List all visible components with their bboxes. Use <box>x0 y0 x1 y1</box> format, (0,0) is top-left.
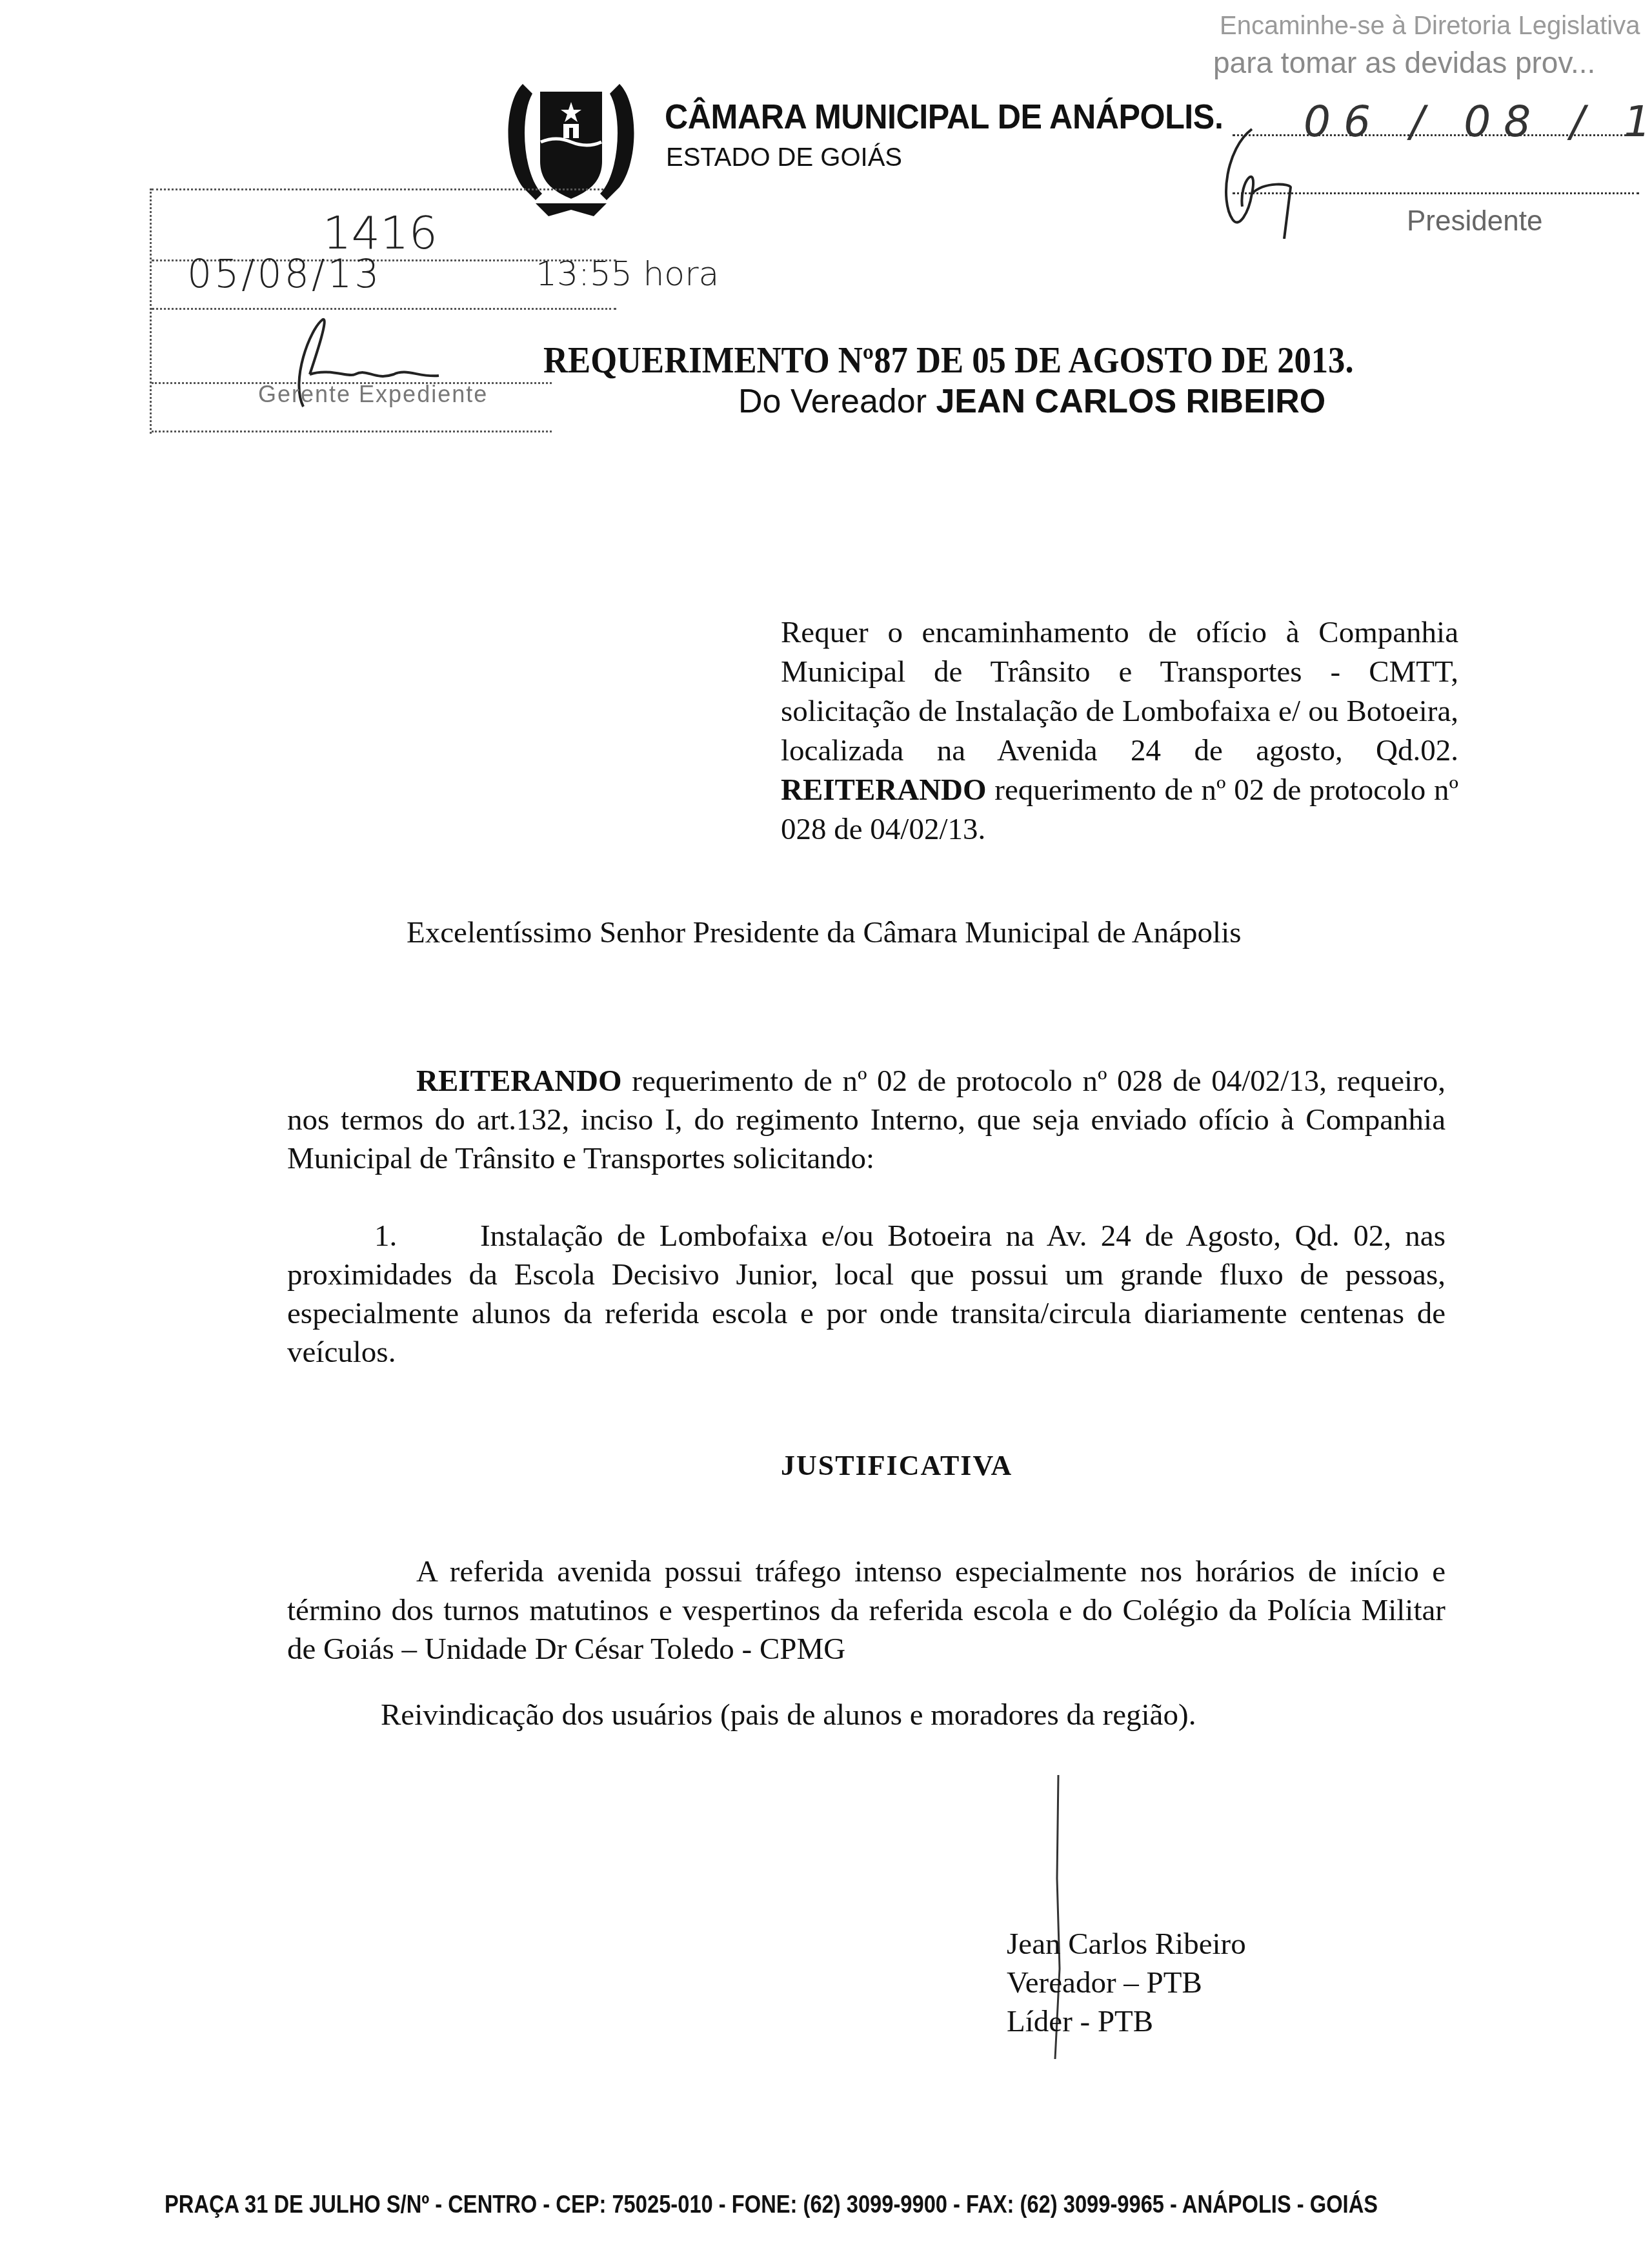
author-name: JEAN CARLOS RIBEIRO <box>936 383 1325 420</box>
ementa: Requer o encaminhamento de ofício à Comp… <box>781 613 1458 849</box>
state-name: ESTADO DE GOIÁS <box>666 143 902 172</box>
list-item: 1. Instalação de Lombofaixa e/ou Botoeir… <box>287 1217 1445 1372</box>
stamp-rule <box>152 308 616 310</box>
protocol-stamp-label: Gerente Expediente <box>258 381 488 408</box>
president-signature-icon <box>1213 123 1362 239</box>
request-paragraph: REITERANDO requerimento de nº 02 de prot… <box>287 1062 1445 1178</box>
document-author: Do Vereador JEAN CARLOS RIBEIRO <box>738 382 1325 421</box>
signer-role: Vereador – PTB <box>1007 1965 1202 2000</box>
justification-heading: JUSTIFICATIVA <box>781 1449 1012 1482</box>
item-number: 1. <box>374 1219 397 1253</box>
request-lead: REITERANDO <box>416 1064 622 1098</box>
signer-name: Jean Carlos Ribeiro <box>1007 1927 1246 1962</box>
item-text: Instalação de Lombofaixa e/ou Botoeira n… <box>287 1219 1445 1369</box>
institution-name: CÂMARA MUNICIPAL DE ANÁPOLIS. <box>665 97 1223 137</box>
protocol-time: 13:55 hora <box>536 255 719 294</box>
signer-leadership: Líder - PTB <box>1007 2004 1153 2039</box>
justification-text: A referida avenida possui tráfego intens… <box>287 1555 1445 1666</box>
dispatch-stamp-line1: Encaminhe-se à Diretoria Legislativa <box>1220 12 1640 41</box>
users-claim: Reivindicação dos usuários (pais de alun… <box>381 1698 1196 1732</box>
footer-address: PRAÇA 31 DE JULHO S/Nº - CENTRO - CEP: 7… <box>165 2191 1378 2219</box>
ementa-text: Requer o encaminhamento de ofício à Comp… <box>781 616 1458 767</box>
author-prefix: Do Vereador <box>738 383 927 420</box>
dispatch-stamp-line2: para tomar as devidas prov... <box>1213 45 1595 80</box>
ementa-bold: REITERANDO <box>781 773 987 807</box>
stamp-rule <box>152 431 552 432</box>
protocol-date: 05/08/13 <box>187 252 381 297</box>
salutation: Excelentíssimo Senhor Presidente da Câma… <box>407 915 1242 950</box>
dispatch-role: Presidente <box>1407 205 1542 238</box>
justification-paragraph: A referida avenida possui tráfego intens… <box>287 1552 1445 1669</box>
stamp-rule <box>152 188 603 190</box>
document-title: REQUERIMENTO Nº87 DE 05 DE AGOSTO DE 201… <box>543 340 1354 381</box>
